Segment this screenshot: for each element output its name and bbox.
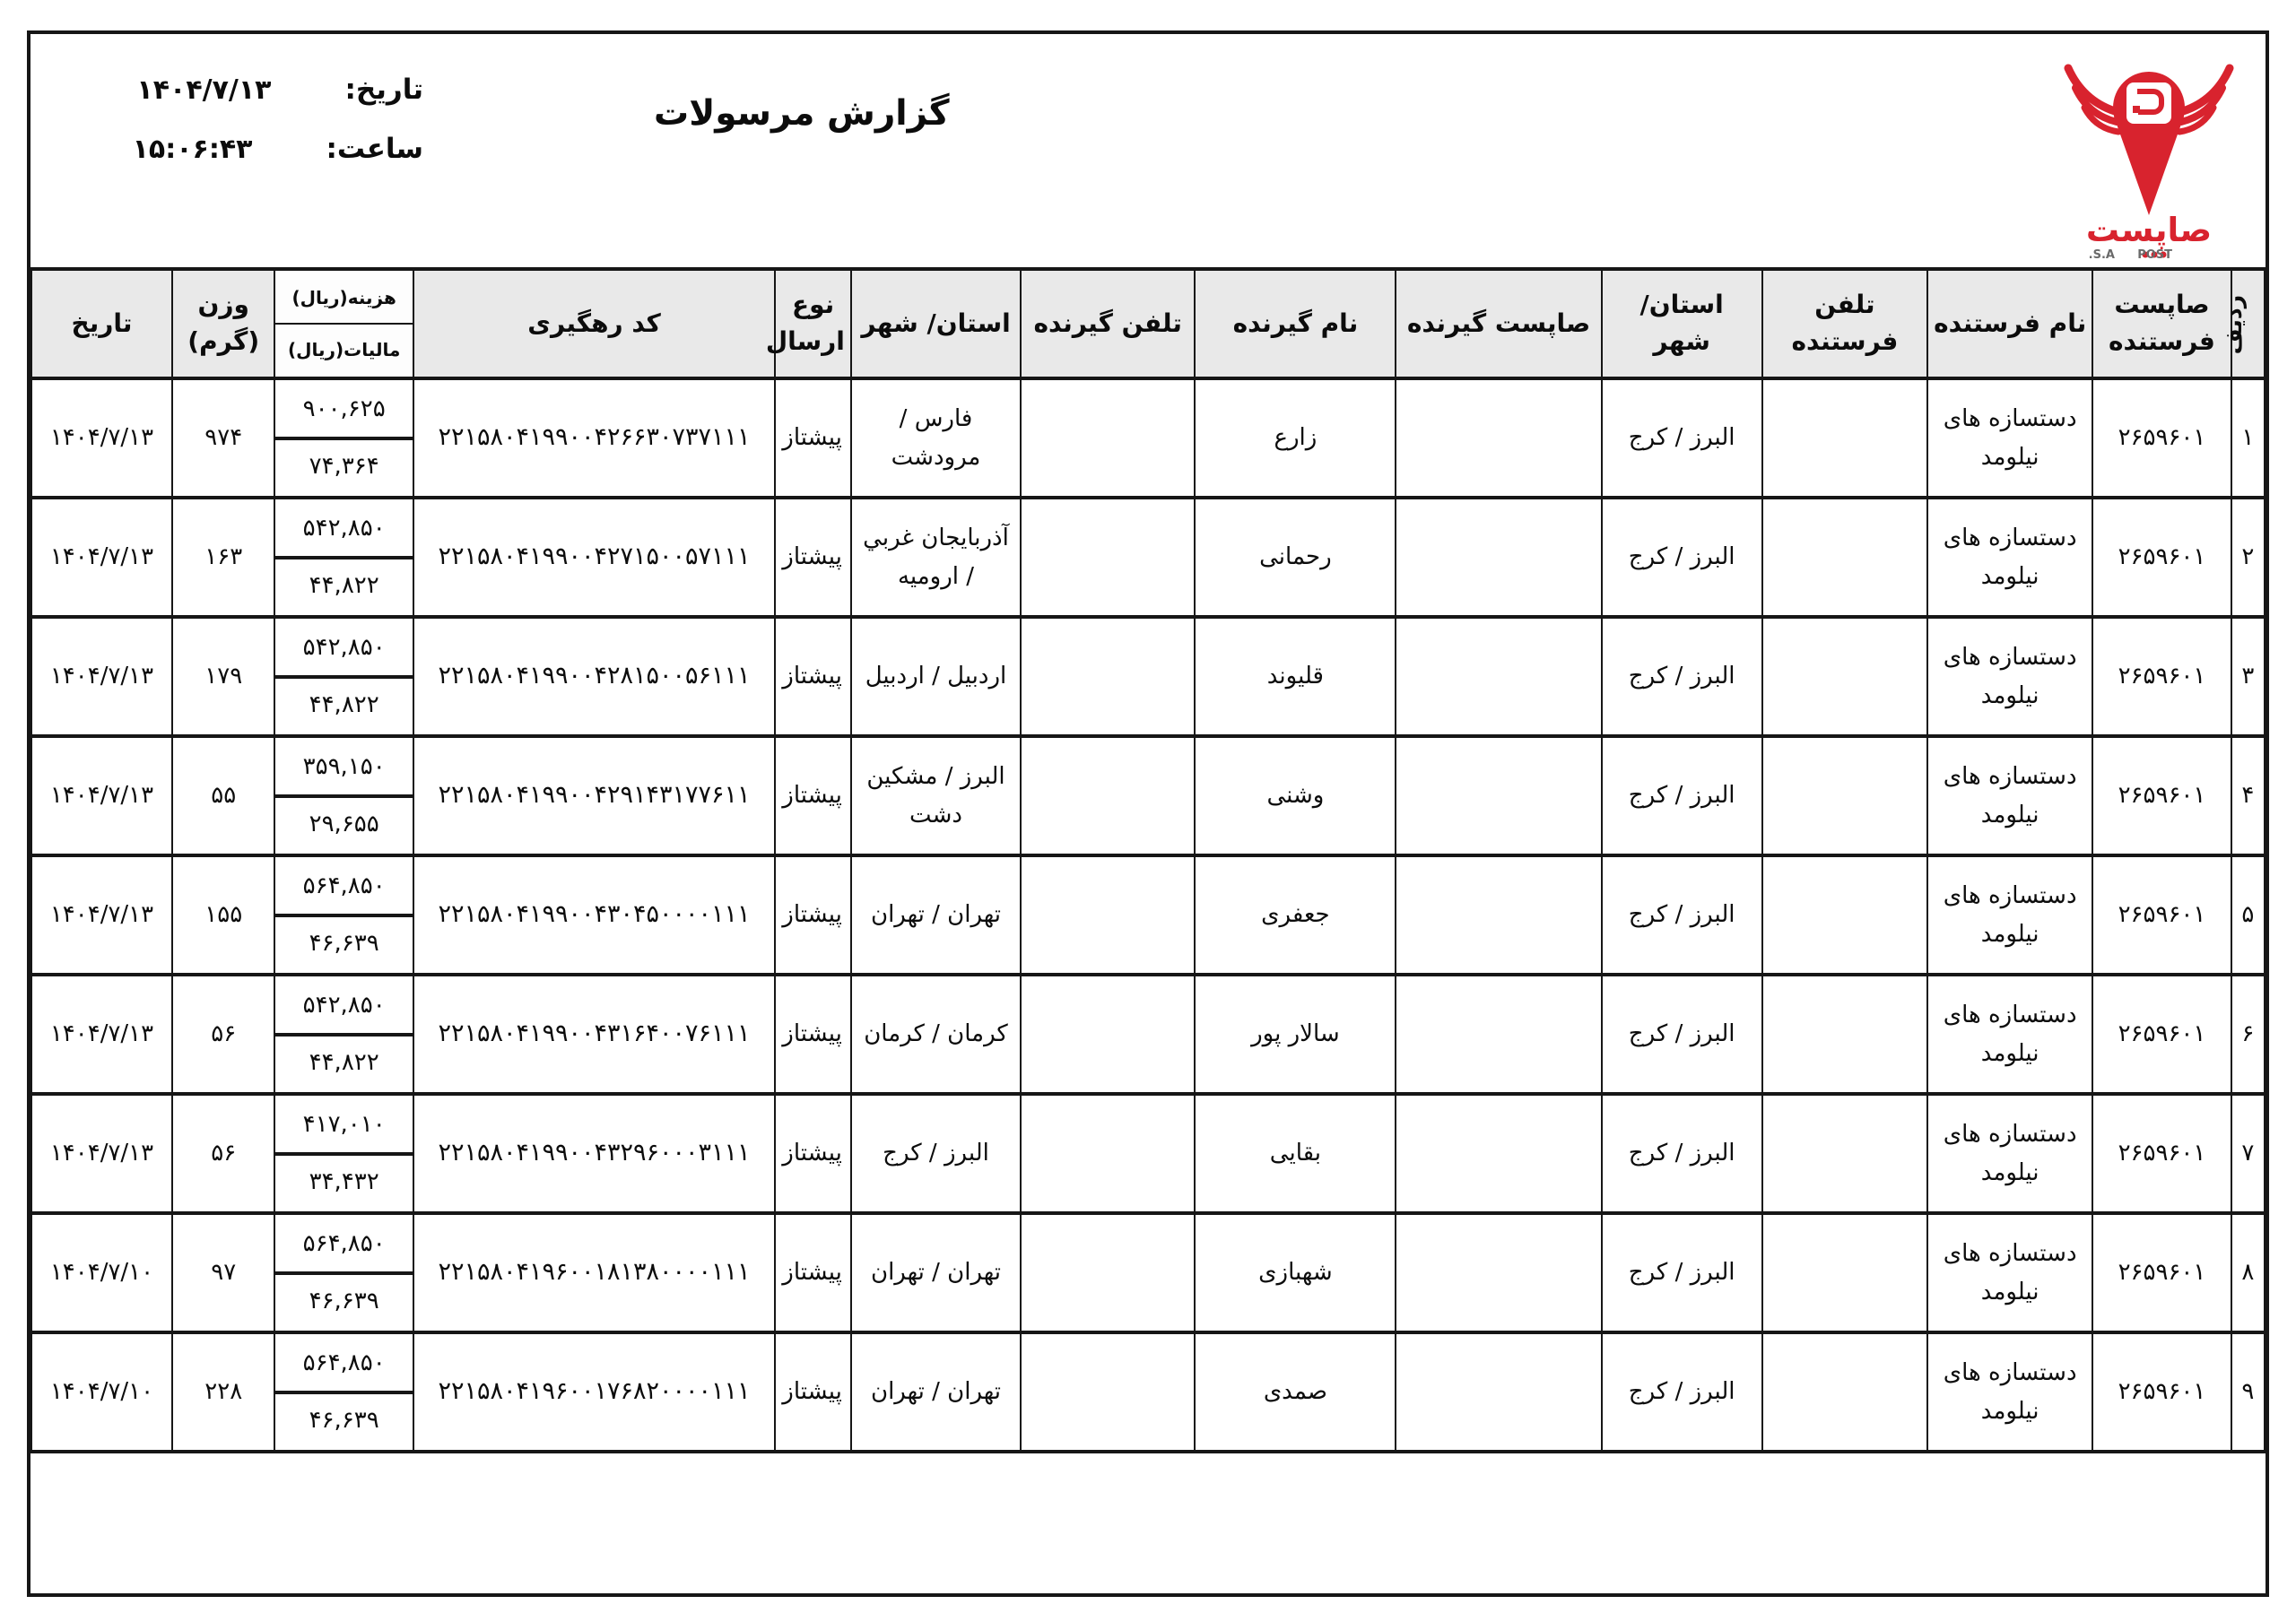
cell-sender-name: دستسازه های نیلومد — [1927, 1213, 2092, 1332]
cell-weight: ۲۲۸ — [172, 1332, 275, 1452]
cell-weight: ۹۷ — [172, 1213, 275, 1332]
cell-weight: ۹۷۴ — [172, 378, 275, 498]
cell-sender-phone — [1762, 1094, 1927, 1213]
cell-tracking-code: ۲۲۱۵۸۰۴۱۹۹۰۰۴۳۱۶۴۰۰۷۶۱۱۱ — [413, 975, 775, 1094]
cell-receiver-phone — [1021, 1332, 1195, 1452]
cell-cost-tax: ۵۴۲,۸۵۰ ۴۴,۸۲۲ — [274, 975, 413, 1094]
cell-receiver-region: آذربایجان غربي / ارومیه — [851, 498, 1021, 617]
cell-send-type: پیشتاز — [775, 736, 851, 855]
page-title: گزارش مرسولات — [654, 93, 950, 134]
report-header: تاریخ: ۱۴۰۴/۷/۱۳ ساعت: ۱۵:۰۶:۴۳ گزارش مر… — [30, 34, 2266, 267]
cell-tracking-code: ۲۲۱۵۸۰۴۱۹۹۰۰۴۲۷۱۵۰۰۵۷۱۱۱ — [413, 498, 775, 617]
header-sender-name: نام فرستنده — [1927, 269, 2092, 378]
header-date: تاریخ — [31, 269, 172, 378]
cell-sender-region: البرز / کرج — [1602, 498, 1762, 617]
sapost-logo: صاپست S.A. POST — [2056, 45, 2242, 264]
cell-row-index: ۴ — [2231, 736, 2265, 855]
cell-send-type: پیشتاز — [775, 1213, 851, 1332]
cell-receiver-sapost — [1396, 378, 1601, 498]
cell-sender-name: دستسازه های نیلومد — [1927, 1332, 2092, 1452]
cell-sender-region: البرز / کرج — [1602, 736, 1762, 855]
cell-receiver-region: تهران / تهران — [851, 1213, 1021, 1332]
table-header: ردیف صاپست فرستنده نام فرستنده تلفن فرست… — [31, 269, 2265, 378]
cell-sender-name: دستسازه های نیلومد — [1927, 378, 2092, 498]
cell-receiver-phone — [1021, 1094, 1195, 1213]
cell-weight: ۱۶۳ — [172, 498, 275, 617]
table-body: ۱ ۲۶۵۹۶۰۱ دستسازه های نیلومد البرز / کرج… — [31, 378, 2265, 1452]
header-receiver-name: نام گیرنده — [1195, 269, 1396, 378]
cell-sender-phone — [1762, 498, 1927, 617]
cost-value: ۵۴۲,۸۵۰ — [275, 978, 412, 1037]
header-receiver-region: استان/ شهر — [851, 269, 1021, 378]
cost-value: ۵۶۴,۸۵۰ — [275, 1336, 412, 1394]
cell-receiver-name: صمدی — [1195, 1332, 1396, 1452]
cell-receiver-sapost — [1396, 855, 1601, 975]
table-row: ۵ ۲۶۵۹۶۰۱ دستسازه های نیلومد البرز / کرج… — [31, 855, 2265, 975]
logo-brand-en-prefix: S.A. — [2089, 248, 2115, 262]
cell-receiver-sapost — [1396, 1094, 1601, 1213]
cell-cost-tax: ۹۰۰,۶۲۵ ۷۴,۳۶۴ — [274, 378, 413, 498]
cost-value: ۴۱۷,۰۱۰ — [275, 1097, 412, 1156]
sapost-logo-icon: صاپست S.A. POST — [2056, 45, 2242, 264]
wing-left-icon — [2068, 68, 2118, 132]
cell-sender-phone — [1762, 617, 1927, 736]
header-sender-sapost: صاپست فرستنده — [2092, 269, 2231, 378]
cell-row-index: ۹ — [2231, 1332, 2265, 1452]
cell-receiver-region: فارس / مرودشت — [851, 378, 1021, 498]
cell-date: ۱۴۰۴/۷/۱۳ — [31, 617, 172, 736]
tax-value: ۴۴,۸۲۲ — [275, 559, 412, 614]
report-meta: تاریخ: ۱۴۰۴/۷/۱۳ ساعت: ۱۵:۰۶:۴۳ — [91, 74, 423, 165]
cell-send-type: پیشتاز — [775, 378, 851, 498]
cell-sender-phone — [1762, 975, 1927, 1094]
cell-sender-name: دستسازه های نیلومد — [1927, 617, 2092, 736]
time-value: ۱۵:۰۶:۴۳ — [133, 134, 253, 165]
cell-tracking-code: ۲۲۱۵۸۰۴۱۹۹۰۰۴۲۹۱۴۳۱۷۷۶۱۱ — [413, 736, 775, 855]
cell-sender-sapost: ۲۶۵۹۶۰۱ — [2092, 378, 2231, 498]
cell-sender-sapost: ۲۶۵۹۶۰۱ — [2092, 1332, 2231, 1452]
report-page-frame: تاریخ: ۱۴۰۴/۷/۱۳ ساعت: ۱۵:۰۶:۴۳ گزارش مر… — [27, 30, 2269, 1597]
cell-date: ۱۴۰۴/۷/۱۳ — [31, 498, 172, 617]
cell-weight: ۱۷۹ — [172, 617, 275, 736]
time-label: ساعت: — [326, 133, 423, 165]
header-sender-phone: تلفن فرستنده — [1762, 269, 1927, 378]
table-row: ۸ ۲۶۵۹۶۰۱ دستسازه های نیلومد البرز / کرج… — [31, 1213, 2265, 1332]
cell-receiver-phone — [1021, 617, 1195, 736]
header-weight: وزن (گرم) — [172, 269, 275, 378]
cell-row-index: ۳ — [2231, 617, 2265, 736]
cell-tracking-code: ۲۲۱۵۸۰۴۱۹۹۰۰۴۳۰۴۵۰۰۰۰۱۱۱ — [413, 855, 775, 975]
cell-cost-tax: ۵۶۴,۸۵۰ ۴۶,۶۳۹ — [274, 1213, 413, 1332]
cell-receiver-sapost — [1396, 975, 1601, 1094]
cell-receiver-name: جعفری — [1195, 855, 1396, 975]
cell-receiver-name: وشنی — [1195, 736, 1396, 855]
cell-receiver-region: کرمان / کرمان — [851, 975, 1021, 1094]
cell-date: ۱۴۰۴/۷/۱۳ — [31, 855, 172, 975]
tax-value: ۲۹,۶۵۵ — [275, 798, 412, 853]
cell-sender-region: البرز / کرج — [1602, 617, 1762, 736]
cost-value: ۳۵۹,۱۵۰ — [275, 740, 412, 798]
cell-tracking-code: ۲۲۱۵۸۰۴۱۹۹۰۰۴۳۲۹۶۰۰۰۳۱۱۱ — [413, 1094, 775, 1213]
cell-receiver-name: رحمانی — [1195, 498, 1396, 617]
cell-date: ۱۴۰۴/۷/۱۰ — [31, 1213, 172, 1332]
report-date-row: تاریخ: ۱۴۰۴/۷/۱۳ — [91, 74, 423, 106]
cell-tracking-code: ۲۲۱۵۸۰۴۱۹۶۰۰۱۸۱۳۸۰۰۰۰۱۱۱ — [413, 1213, 775, 1332]
cell-sender-sapost: ۲۶۵۹۶۰۱ — [2092, 736, 2231, 855]
cell-sender-phone — [1762, 1332, 1927, 1452]
cell-row-index: ۱ — [2231, 378, 2265, 498]
cell-sender-phone — [1762, 378, 1927, 498]
cell-cost-tax: ۵۴۲,۸۵۰ ۴۴,۸۲۲ — [274, 498, 413, 617]
table-row: ۹ ۲۶۵۹۶۰۱ دستسازه های نیلومد البرز / کرج… — [31, 1332, 2265, 1452]
cell-receiver-name: قلیوند — [1195, 617, 1396, 736]
cell-send-type: پیشتاز — [775, 855, 851, 975]
cell-receiver-region: البرز / کرج — [851, 1094, 1021, 1213]
table-row: ۳ ۲۶۵۹۶۰۱ دستسازه های نیلومد البرز / کرج… — [31, 617, 2265, 736]
cell-receiver-name: شهبازی — [1195, 1213, 1396, 1332]
cell-row-index: ۲ — [2231, 498, 2265, 617]
tax-value: ۴۶,۶۳۹ — [275, 917, 412, 972]
cell-sender-region: البرز / کرج — [1602, 378, 1762, 498]
cell-send-type: پیشتاز — [775, 1094, 851, 1213]
cell-cost-tax: ۵۶۴,۸۵۰ ۴۶,۶۳۹ — [274, 855, 413, 975]
cost-value: ۵۴۲,۸۵۰ — [275, 620, 412, 679]
cell-weight: ۵۵ — [172, 736, 275, 855]
cell-receiver-phone — [1021, 378, 1195, 498]
logo-brand-en: S.A. POST — [2089, 248, 2172, 262]
cell-cost-tax: ۵۶۴,۸۵۰ ۴۶,۶۳۹ — [274, 1332, 413, 1452]
cell-sender-name: دستسازه های نیلومد — [1927, 855, 2092, 975]
table-row: ۷ ۲۶۵۹۶۰۱ دستسازه های نیلومد البرز / کرج… — [31, 1094, 2265, 1213]
cell-row-index: ۵ — [2231, 855, 2265, 975]
cell-sender-region: البرز / کرج — [1602, 975, 1762, 1094]
header-row-index: ردیف — [2231, 269, 2265, 378]
date-value: ۱۴۰۴/۷/۱۳ — [136, 74, 271, 106]
cell-date: ۱۴۰۴/۷/۱۰ — [31, 1332, 172, 1452]
logo-brand-en-suffix: POST — [2137, 248, 2172, 262]
header-receiver-sapost: صاپست گیرنده — [1396, 269, 1601, 378]
header-tracking-code: کد رهگیری — [413, 269, 775, 378]
shipments-table: ردیف صاپست فرستنده نام فرستنده تلفن فرست… — [30, 267, 2266, 1453]
tax-value: ۴۴,۸۲۲ — [275, 679, 412, 733]
header-receiver-phone: تلفن گیرنده — [1021, 269, 1195, 378]
table-row: ۱ ۲۶۵۹۶۰۱ دستسازه های نیلومد البرز / کرج… — [31, 378, 2265, 498]
cell-weight: ۵۶ — [172, 1094, 275, 1213]
header-send-type: نوع ارسال — [775, 269, 851, 378]
cell-tracking-code: ۲۲۱۵۸۰۴۱۹۹۰۰۴۲۸۱۵۰۰۵۶۱۱۱ — [413, 617, 775, 736]
cell-weight: ۱۵۵ — [172, 855, 275, 975]
cell-sender-sapost: ۲۶۵۹۶۰۱ — [2092, 855, 2231, 975]
cell-receiver-sapost — [1396, 736, 1601, 855]
cell-receiver-phone — [1021, 855, 1195, 975]
cell-sender-region: البرز / کرج — [1602, 1213, 1762, 1332]
cell-sender-sapost: ۲۶۵۹۶۰۱ — [2092, 617, 2231, 736]
cell-row-index: ۷ — [2231, 1094, 2265, 1213]
cell-sender-name: دستسازه های نیلومد — [1927, 975, 2092, 1094]
cell-date: ۱۴۰۴/۷/۱۳ — [31, 378, 172, 498]
wing-right-icon — [2179, 68, 2230, 132]
cell-receiver-phone — [1021, 498, 1195, 617]
cell-cost-tax: ۳۵۹,۱۵۰ ۲۹,۶۵۵ — [274, 736, 413, 855]
cell-sender-phone — [1762, 855, 1927, 975]
cell-receiver-name: سالار پور — [1195, 975, 1396, 1094]
cell-tracking-code: ۲۲۱۵۸۰۴۱۹۹۰۰۴۲۶۶۳۰۷۳۷۱۱۱ — [413, 378, 775, 498]
cell-sender-name: دستسازه های نیلومد — [1927, 498, 2092, 617]
cell-receiver-region: البرز / مشکین دشت — [851, 736, 1021, 855]
cell-date: ۱۴۰۴/۷/۱۳ — [31, 1094, 172, 1213]
cell-sender-region: البرز / کرج — [1602, 1332, 1762, 1452]
cell-date: ۱۴۰۴/۷/۱۳ — [31, 975, 172, 1094]
table-row: ۲ ۲۶۵۹۶۰۱ دستسازه های نیلومد البرز / کرج… — [31, 498, 2265, 617]
cell-sender-region: البرز / کرج — [1602, 1094, 1762, 1213]
cell-receiver-sapost — [1396, 1213, 1601, 1332]
tax-value: ۴۶,۶۳۹ — [275, 1275, 412, 1330]
cell-weight: ۵۶ — [172, 975, 275, 1094]
cell-sender-phone — [1762, 736, 1927, 855]
cell-sender-sapost: ۲۶۵۹۶۰۱ — [2092, 1094, 2231, 1213]
cell-sender-region: البرز / کرج — [1602, 855, 1762, 975]
cell-send-type: پیشتاز — [775, 498, 851, 617]
cell-sender-sapost: ۲۶۵۹۶۰۱ — [2092, 498, 2231, 617]
logo-brand-fa: صاپست — [2086, 211, 2212, 249]
cost-value: ۵۴۲,۸۵۰ — [275, 501, 412, 559]
cell-row-index: ۶ — [2231, 975, 2265, 1094]
cell-sender-sapost: ۲۶۵۹۶۰۱ — [2092, 975, 2231, 1094]
tax-value: ۴۶,۶۳۹ — [275, 1394, 412, 1449]
cell-receiver-name: بقایی — [1195, 1094, 1396, 1213]
cell-receiver-region: تهران / تهران — [851, 1332, 1021, 1452]
cost-value: ۹۰۰,۶۲۵ — [275, 382, 412, 440]
header-sender-region: استان/ شهر — [1602, 269, 1762, 378]
cost-value: ۵۶۴,۸۵۰ — [275, 859, 412, 917]
cell-receiver-region: اردبیل / اردبیل — [851, 617, 1021, 736]
cell-sender-phone — [1762, 1213, 1927, 1332]
pin-emblem — [2126, 82, 2171, 124]
cell-receiver-phone — [1021, 1213, 1195, 1332]
cell-tracking-code: ۲۲۱۵۸۰۴۱۹۶۰۰۱۷۶۸۲۰۰۰۰۱۱۱ — [413, 1332, 775, 1452]
cell-receiver-name: زارع — [1195, 378, 1396, 498]
cell-receiver-region: تهران / تهران — [851, 855, 1021, 975]
tax-value: ۳۴,۴۳۲ — [275, 1156, 412, 1210]
cell-cost-tax: ۴۱۷,۰۱۰ ۳۴,۴۳۲ — [274, 1094, 413, 1213]
cell-sender-sapost: ۲۶۵۹۶۰۱ — [2092, 1213, 2231, 1332]
cell-sender-name: دستسازه های نیلومد — [1927, 1094, 2092, 1213]
report-time-row: ساعت: ۱۵:۰۶:۴۳ — [91, 133, 423, 165]
header-row-index-label: ردیف — [2218, 295, 2250, 354]
cost-value: ۵۶۴,۸۵۰ — [275, 1217, 412, 1275]
header-tax: مالیات(ریال) — [275, 325, 412, 375]
cell-send-type: پیشتاز — [775, 617, 851, 736]
date-label: تاریخ: — [344, 74, 423, 106]
cell-receiver-sapost — [1396, 1332, 1601, 1452]
cell-sender-name: دستسازه های نیلومد — [1927, 736, 2092, 855]
tax-value: ۷۴,۳۶۴ — [275, 440, 412, 495]
table-row: ۶ ۲۶۵۹۶۰۱ دستسازه های نیلومد البرز / کرج… — [31, 975, 2265, 1094]
tax-value: ۴۴,۸۲۲ — [275, 1037, 412, 1091]
header-cost: هزینه(ریال) — [275, 273, 412, 325]
cell-row-index: ۸ — [2231, 1213, 2265, 1332]
cell-receiver-sapost — [1396, 617, 1601, 736]
cell-cost-tax: ۵۴۲,۸۵۰ ۴۴,۸۲۲ — [274, 617, 413, 736]
cell-send-type: پیشتاز — [775, 975, 851, 1094]
cell-receiver-phone — [1021, 736, 1195, 855]
empty-footer-area — [30, 1453, 2266, 1593]
table-row: ۴ ۲۶۵۹۶۰۱ دستسازه های نیلومد البرز / کرج… — [31, 736, 2265, 855]
header-cost-tax: هزینه(ریال) مالیات(ریال) — [274, 269, 413, 378]
cell-date: ۱۴۰۴/۷/۱۳ — [31, 736, 172, 855]
cell-send-type: پیشتاز — [775, 1332, 851, 1452]
cell-receiver-phone — [1021, 975, 1195, 1094]
cell-receiver-sapost — [1396, 498, 1601, 617]
